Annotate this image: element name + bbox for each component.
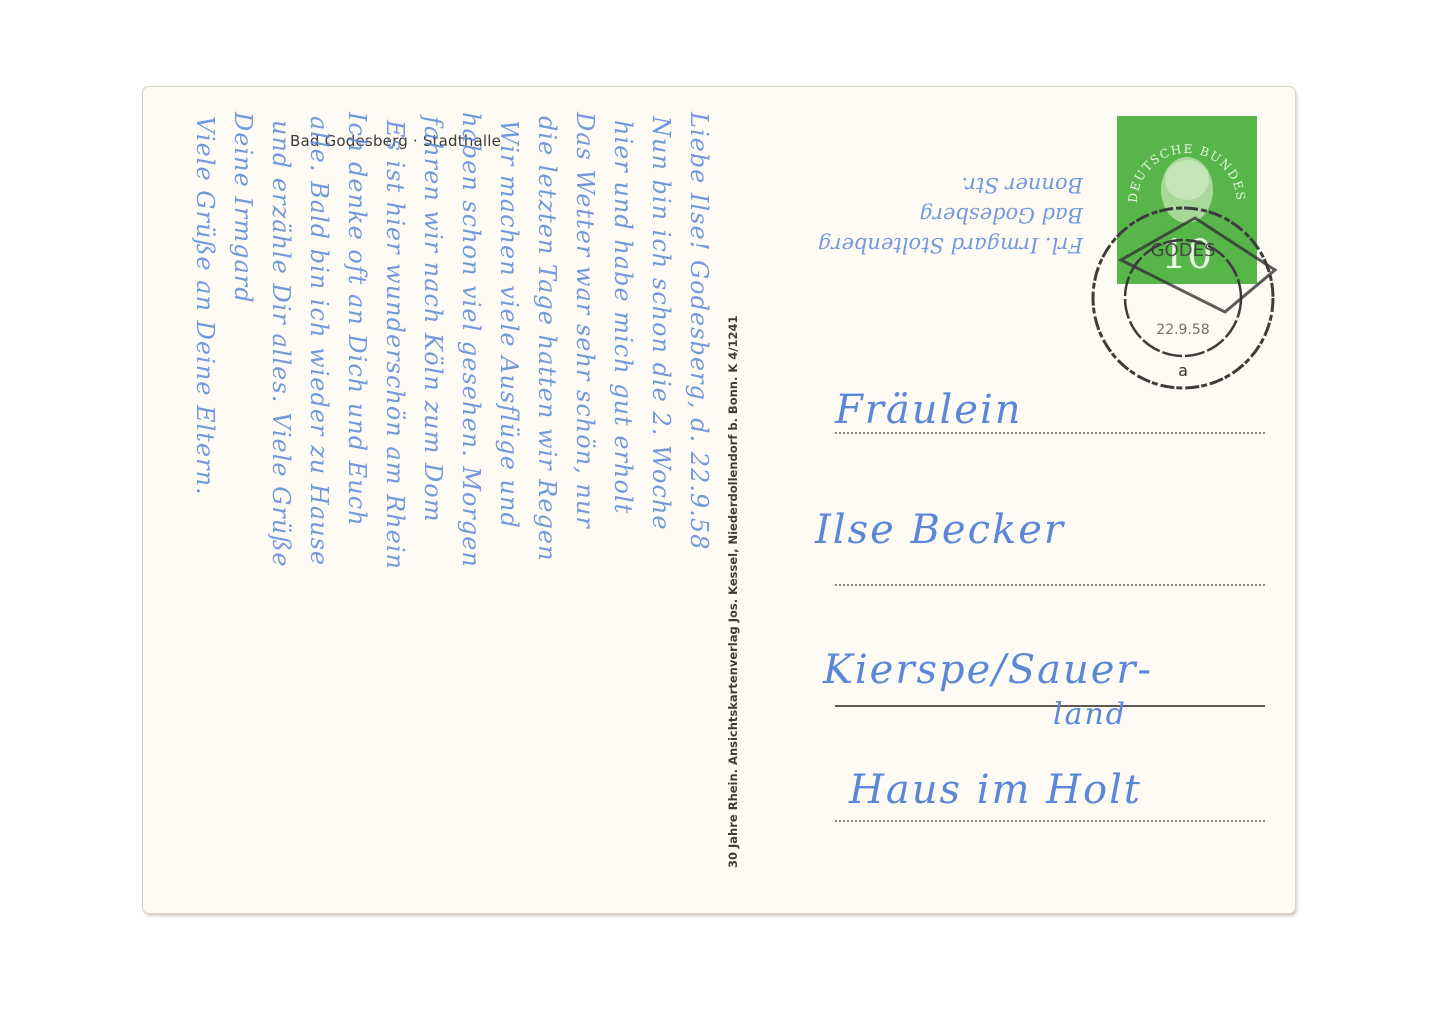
postcard-back: Bad Godesberg · Stadthalle Liebe Ilse! G… bbox=[143, 87, 1295, 913]
address-rule-solid bbox=[835, 705, 1265, 707]
message-line: die letzten Tage hatten wir Regen bbox=[533, 116, 561, 562]
address-line-street: Haus im Holt bbox=[849, 767, 1142, 813]
message-line: und erzähle Dir alles. Viele Grüße bbox=[267, 120, 295, 568]
message-line: Es ist hier wunderschön am Rhein bbox=[381, 120, 409, 570]
address-line-city: Kierspe/Sauer- bbox=[823, 647, 1153, 693]
svg-text:GODES: GODES bbox=[1151, 240, 1216, 261]
message-line: Ich denke oft an Dich und Euch bbox=[343, 112, 371, 527]
message-line: Wir machen viele Ausflüge und bbox=[495, 120, 523, 529]
message-line: fahren wir nach Köln zum Dom bbox=[419, 116, 447, 522]
postmark-icon: GODES 22.9.58 a bbox=[1085, 200, 1281, 396]
message-line: Viele Grüße an Deine Eltern. bbox=[191, 116, 219, 496]
address-line-region: land bbox=[1053, 697, 1127, 732]
message-line: Liebe Ilse! Godesberg, d. 22.9.58 bbox=[685, 112, 713, 550]
sender-line: Bad Godesberg bbox=[920, 203, 1084, 227]
message-line: alle. Bald bin ich wieder zu Hause bbox=[305, 116, 333, 566]
message-line: Deine Irmgard bbox=[229, 112, 257, 304]
message-line: Das Wetter war sehr schön, nur bbox=[571, 112, 599, 529]
message-line: Nun bin ich schon die 2. Woche bbox=[647, 116, 675, 531]
address-rule bbox=[835, 584, 1265, 586]
address-line-salutation: Fräulein bbox=[835, 387, 1023, 433]
address-rule bbox=[835, 820, 1265, 822]
svg-text:a: a bbox=[1178, 361, 1188, 380]
sender-line: Frl. Irmgard Stoltenberg bbox=[818, 233, 1083, 257]
message-line: hier und habe mich gut erholt bbox=[609, 120, 637, 514]
svg-text:22.9.58: 22.9.58 bbox=[1156, 322, 1209, 338]
publisher-imprint: 30 Jahre Rhein. Ansichtskartenverlag Jos… bbox=[726, 168, 740, 868]
message-line: haben schon viel gesehen. Morgen bbox=[457, 112, 485, 568]
address-line-name: Ilse Becker bbox=[815, 507, 1065, 553]
sender-line: Bonner Str. bbox=[962, 173, 1084, 197]
